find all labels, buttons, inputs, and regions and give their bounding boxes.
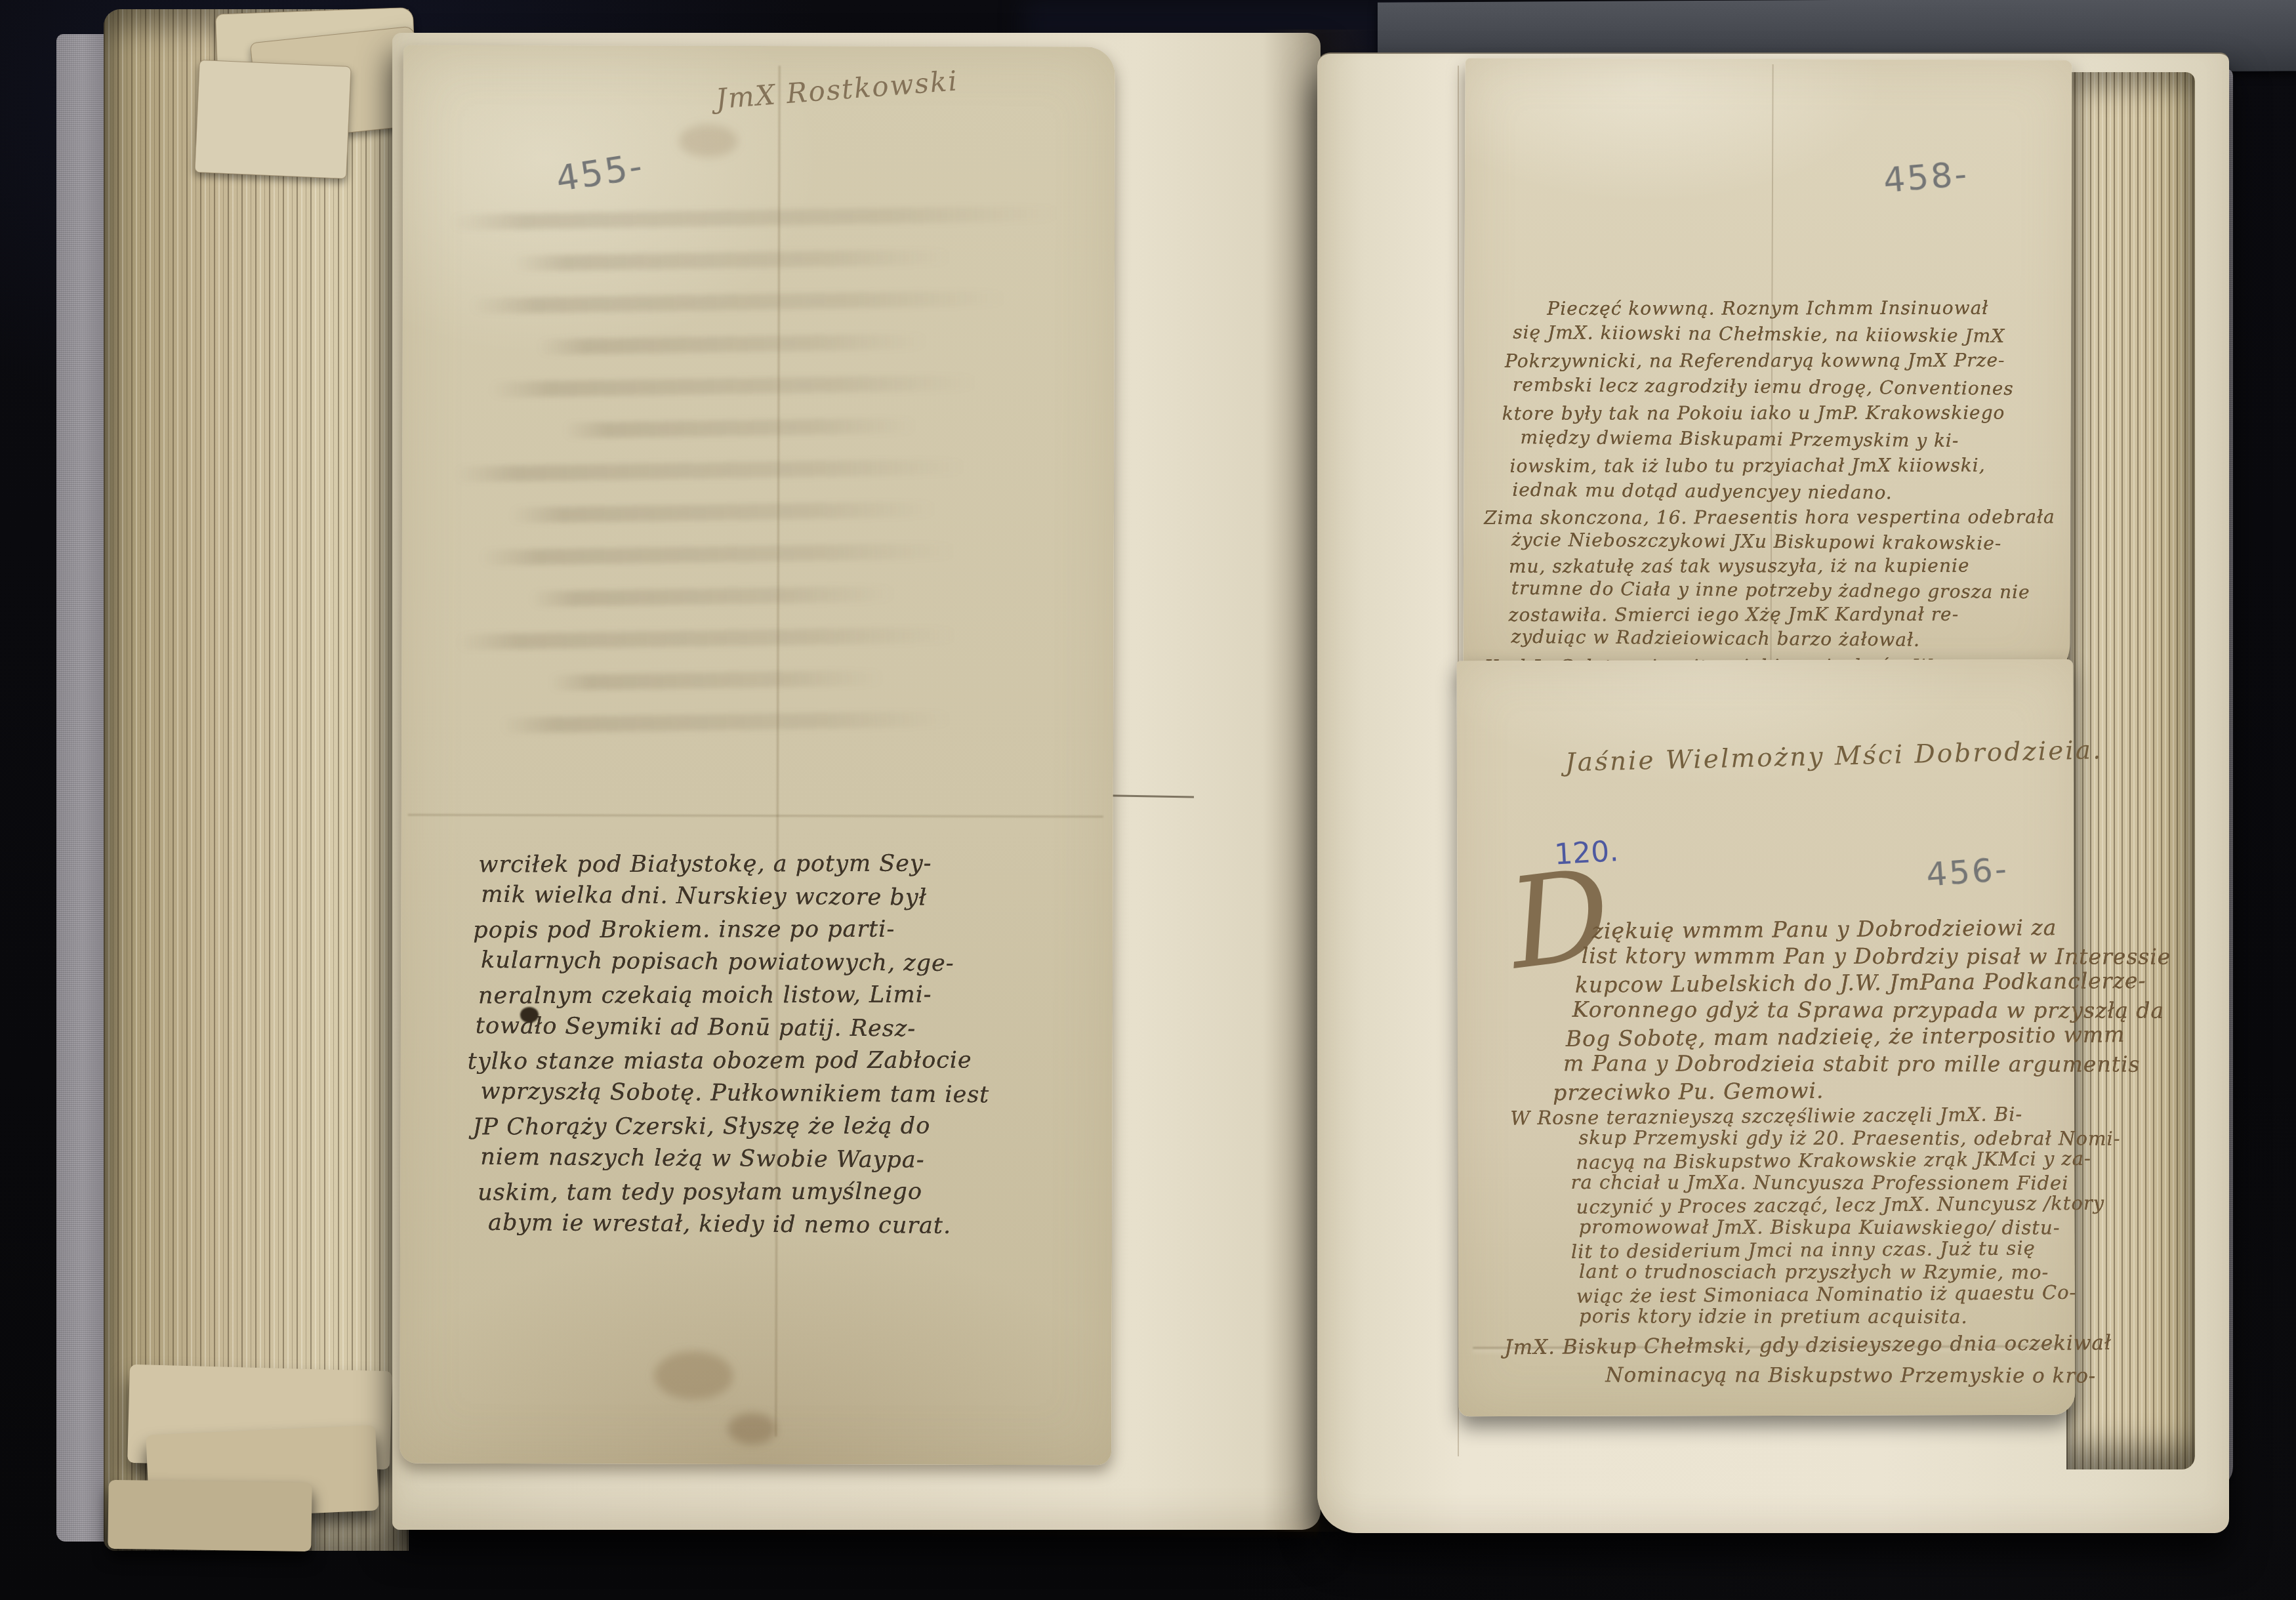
pencil-page-number-456: 456- [1925, 850, 2009, 894]
letter-salutation: Jaśnie Wielmożny Mści Dobrodzieia. [1565, 735, 2102, 777]
left-page-edge-stack [104, 9, 409, 1551]
pencil-page-number-458: 458- [1882, 155, 1971, 201]
left-laid-in-letter-sheet: 455- JmX Rostkowski wrciłek pod Białysto… [400, 45, 1115, 1466]
loose-page-corner [194, 60, 351, 179]
right-lower-letter-sheet: Jaśnie Wielmożny Mści Dobrodzieia. 120. … [1456, 659, 2075, 1416]
letter-paragraph-1: ziękuię wmmm Panu y Dobrodzieiowi zalist… [1592, 915, 2072, 1105]
loose-page-corner [108, 1480, 312, 1551]
photograph-open-manuscript-book: 455- JmX Rostkowski wrciłek pod Białysto… [0, 0, 2296, 1600]
paper-stain [728, 1413, 776, 1445]
ink-bleed-through [450, 205, 1069, 831]
paper-stain [678, 125, 737, 157]
diary-paragraph-1: Pieczęć kowwną. Roznym Ichmm Insinuowałs… [1509, 295, 2055, 506]
ink-blot [520, 1007, 539, 1023]
right-upper-letter-sheet: 458- Pieczęć kowwną. Roznym Ichmm Insinu… [1463, 58, 2072, 688]
left-letter-handwritten-text: wrciłek pod Białystokę, a potym Sey-mik … [478, 847, 1096, 1242]
archivist-inscription: JmX Rostkowski [714, 64, 959, 115]
paper-stain [654, 1351, 733, 1400]
pencil-page-number-455: 455- [553, 145, 647, 199]
letter-paragraph-2: W Rosne teraznieyszą szczęśliwie zaczęli… [1576, 1104, 2101, 1328]
letter-paragraph-3: JmX. Biskup Chełmski, gdy dzisieyszego d… [1504, 1330, 2055, 1391]
diary-paragraph-2: Zima skonczona, 16. Praesentis hora vesp… [1493, 504, 2058, 652]
book-cover-edge-left [56, 34, 109, 1542]
